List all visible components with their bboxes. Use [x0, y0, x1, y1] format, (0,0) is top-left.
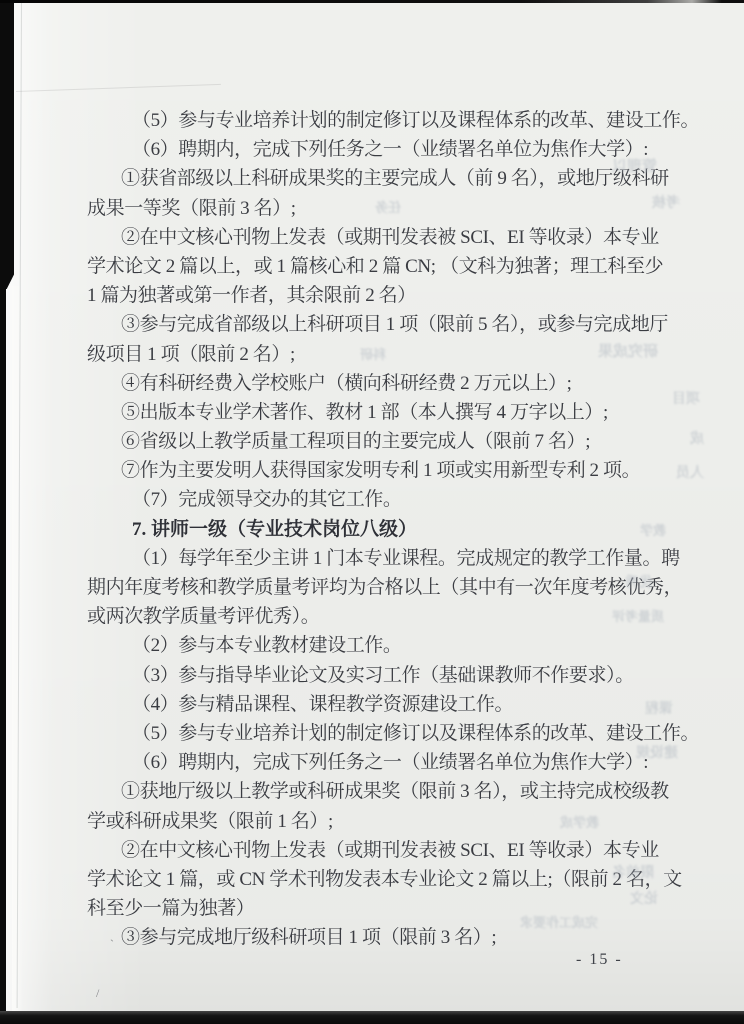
text-line: （7）完成领导交办的其它工作。	[87, 485, 727, 514]
text-line: （3）参与指导毕业论文及实习工作（基础课教师不作要求）。	[87, 661, 727, 690]
text-line: ②在中文核心刊物上发表（或期刊发表被 SCI、EI 等收录）本专业	[87, 836, 727, 865]
text-line: （5）参与专业培养计划的制定修订以及课程体系的改革、建设工作。	[87, 719, 727, 748]
text-line: ⑦作为主要发明人获得国家发明专利 1 项或实用新型专利 2 项。	[87, 456, 727, 485]
text-line: ⑤出版本专业学术著作、教材 1 部（本人撰写 4 万字以上）;	[87, 398, 727, 427]
text-line: ①获地厅级以上教学或科研成果奖（限前 3 名），或主持完成校级教	[87, 777, 727, 806]
text-line: （2）参与本专业教材建设工作。	[87, 631, 727, 660]
text-line: 学或科研成果奖（限前 1 名）;	[87, 807, 727, 836]
text-line: 或两次教学质量考评优秀）。	[87, 602, 727, 631]
page-number: - 15 -	[576, 951, 623, 969]
text-line: 1 篇为独著或第一作者，其余限前 2 名）	[87, 281, 727, 310]
text-line: ③参与完成省部级以上科研项目 1 项（限前 5 名），或参与完成地厅	[87, 310, 727, 339]
text-line: 成果一等奖（限前 3 名）;	[87, 194, 727, 223]
scan-edge-top	[0, 0, 744, 3]
document-body: （5）参与专业培养计划的制定修订以及课程体系的改革、建设工作。（6）聘期内，完成…	[87, 106, 727, 952]
scanned-page: （5）参与专业培养计划的制定修订以及课程体系的改革、建设工作。（6）聘期内，完成…	[0, 0, 744, 1024]
text-line: 学术论文 2 篇以上，或 1 篇核心和 2 篇 CN; （文科为独著；理工科至少	[87, 252, 727, 281]
text-line: 科至少一篇为独著）	[87, 894, 727, 923]
text-line: ①获省部级以上科研成果奖的主要完成人（前 9 名），或地厅级科研	[87, 164, 727, 193]
text-line: （6）聘期内，完成下列任务之一（业绩署名单位为焦作大学）:	[87, 135, 727, 164]
text-line: ④有科研经费入学校账户（横向科研经费 2 万元以上）;	[87, 369, 727, 398]
text-line: 级项目 1 项（限前 2 名）;	[87, 340, 727, 369]
text-line: （1）每学年至少主讲 1 门本专业课程。完成规定的教学工作量。聘	[87, 544, 727, 573]
scan-edge-bottom	[0, 1011, 744, 1024]
text-line: （6）聘期内，完成下列任务之一（业绩署名单位为焦作大学）:	[87, 748, 727, 777]
text-line: ③参与完成地厅级科研项目 1 项（限前 3 名）;	[87, 923, 727, 952]
text-line: 期内年度考核和教学质量考评均为合格以上（其中有一次年度考核优秀，	[87, 573, 727, 602]
section-heading: 7. 讲师一级（专业技术岗位八级）	[87, 515, 727, 544]
text-line: ②在中文核心刊物上发表（或期刊发表被 SCI、EI 等收录）本专业	[87, 223, 727, 252]
scan-artifact-line	[16, 84, 221, 92]
text-line: （5）参与专业培养计划的制定修订以及课程体系的改革、建设工作。	[87, 106, 727, 135]
text-line: （4）参与精品课程、课程教学资源建设工作。	[87, 690, 727, 719]
paper: （5）参与专业培养计划的制定修订以及课程体系的改革、建设工作。（6）聘期内，完成…	[6, 3, 744, 1011]
scan-edge-left-wedge	[0, 0, 14, 289]
text-line: 学术论文 1 篇，或 CN 学术刊物发表本专业论文 2 篇以上;（限前 2 名，…	[87, 865, 727, 894]
text-line: ⑥省级以上教学质量工程项目的主要完成人（限前 7 名）;	[87, 427, 727, 456]
